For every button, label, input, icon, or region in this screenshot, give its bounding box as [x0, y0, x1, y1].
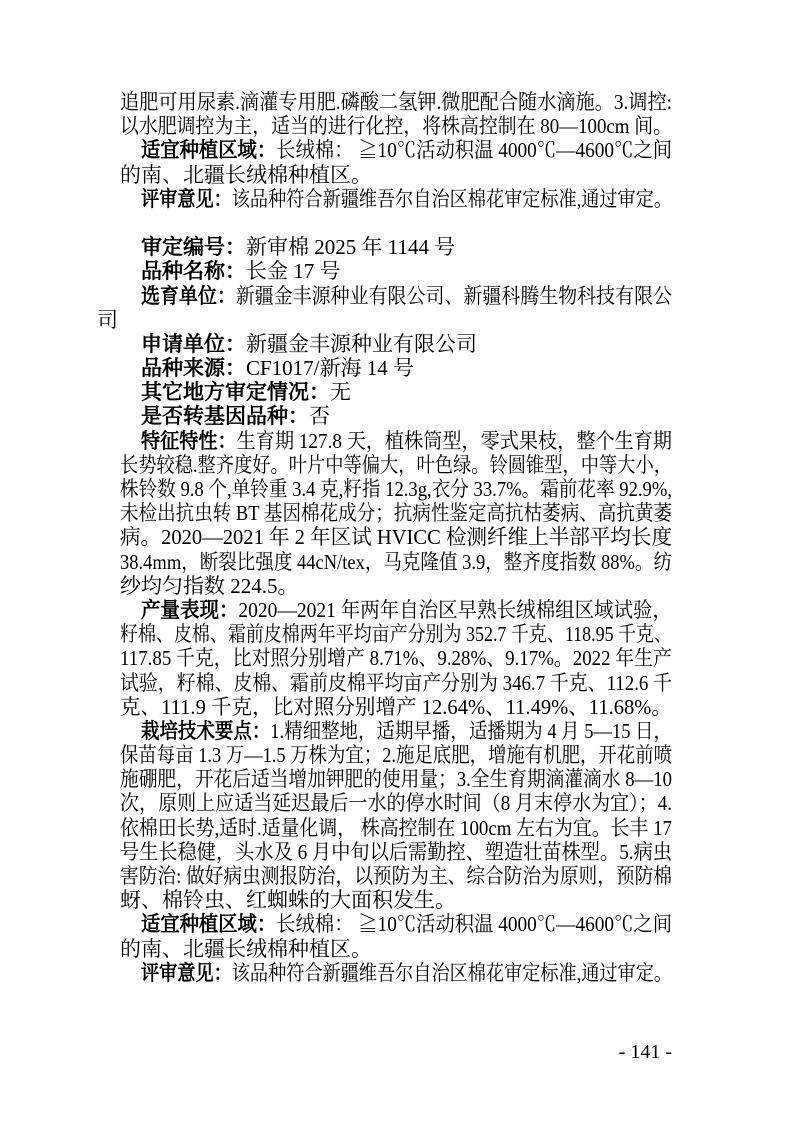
- line-text: 害防治: 做好病虫测报防治，以预防为主、综合防治为原则，预防棉: [120, 864, 672, 888]
- line-text: 长绒棉： ≧10℃活动积温 4000℃—4600℃之间: [276, 912, 672, 936]
- field-label: 是否转基因品种：: [141, 405, 309, 428]
- line-text: 次，原则上应适当延迟最后一水的停水时间（8 月末停水为宜）；4.: [120, 791, 672, 815]
- text-line: 长势较稳.整齐度好。叶片中等偏大，叶色绿。铃圆锥型，中等大小，: [120, 453, 672, 477]
- text-line: 38.4mm，断裂比强度 44cN/tex，马克隆值 3.9，整齐度指数 88%…: [120, 550, 672, 574]
- field-label: 产量表现：: [141, 599, 238, 622]
- text-line: 株铃数 9.8 个,单铃重 3.4 克,籽指 12.3g,衣分 33.7%。霜前…: [120, 477, 672, 501]
- line-text: CF1017/新海 14 号: [246, 356, 414, 380]
- line-content: 克、111.9 千克，比对照分别增产 12.64%、11.49%、11.68%。: [120, 695, 672, 719]
- line-content: 司: [97, 308, 118, 332]
- line-content: 其它地方审定情况：无: [141, 380, 351, 404]
- line-text: 长金 17 号: [246, 259, 341, 283]
- text-block: 追肥可用尿素.滴灌专用肥.磷酸二氢钾.微肥配合随水滴施。3.调控:以水肥调控为主…: [120, 90, 672, 985]
- line-text: 该品种符合新疆维吾尔自治区棉花审定标准,通过审定。: [232, 187, 672, 211]
- line-text: 该品种符合新疆维吾尔自治区棉花审定标准,通过审定。: [232, 961, 672, 985]
- line-content: 117.85 千克，比对照分别增产 8.71%、9.28%、9.17%。2022…: [120, 646, 672, 670]
- text-line: 未检出抗虫转 BT 基因棉花成分；抗病性鉴定高抗枯萎病、高抗黄萎: [120, 501, 672, 525]
- text-line: 依棉田长势,适时.适量化调， 株高控制在 100cm 左右为宜。长丰 17: [120, 816, 672, 840]
- line-text: 38.4mm，断裂比强度 44cN/tex，马克隆值 3.9，整齐度指数 88%…: [120, 550, 672, 574]
- line-content: 株铃数 9.8 个,单铃重 3.4 克,籽指 12.3g,衣分 33.7%。霜前…: [120, 477, 672, 501]
- line-text: 司: [97, 308, 118, 332]
- line-content: 适宜种植区域：长绒棉： ≧10℃活动积温 4000℃—4600℃之间: [141, 912, 672, 937]
- document-page: 追肥可用尿素.滴灌专用肥.磷酸二氢钾.微肥配合随水滴施。3.调控:以水肥调控为主…: [0, 0, 793, 1122]
- line-text: 病。2020—2021 年 2 年区试 HVICC 检测纤维上半部平均长度: [120, 525, 672, 549]
- text-line: 审定编号：新审棉 2025 年 1144 号: [120, 235, 672, 259]
- line-content: 病。2020—2021 年 2 年区试 HVICC 检测纤维上半部平均长度: [120, 525, 672, 549]
- line-text: 依棉田长势,适时.适量化调， 株高控制在 100cm 左右为宜。长丰 17: [120, 816, 672, 840]
- field-label: 适宜种植区域：: [141, 139, 276, 162]
- text-line: 评审意见：该品种符合新疆维吾尔自治区棉花审定标准,通过审定。: [120, 187, 672, 211]
- text-line: 的南、北疆长绒棉种植区。: [120, 937, 672, 961]
- line-content: 害防治: 做好病虫测报防治，以预防为主、综合防治为原则，预防棉: [120, 864, 672, 888]
- text-line: 的南、北疆长绒棉种植区。: [120, 163, 672, 187]
- line-text: 否: [309, 404, 330, 428]
- field-label: 评审意见：: [141, 188, 232, 211]
- text-line: 试验，籽棉、皮棉、霜前皮棉平均亩产分别为 346.7 千克、112.6 千: [120, 671, 672, 695]
- line-content: 38.4mm，断裂比强度 44cN/tex，马克隆值 3.9，整齐度指数 88%…: [120, 550, 672, 574]
- text-line: 评审意见：该品种符合新疆维吾尔自治区棉花审定标准,通过审定。: [120, 961, 672, 985]
- line-content: 依棉田长势,适时.适量化调， 株高控制在 100cm 左右为宜。长丰 17: [120, 816, 672, 840]
- text-line: 次，原则上应适当延迟最后一水的停水时间（8 月末停水为宜）；4.: [120, 791, 672, 815]
- line-text: 克、111.9 千克，比对照分别增产 12.64%、11.49%、11.68%。: [120, 695, 672, 719]
- line-content: 的南、北疆长绒棉种植区。: [120, 163, 372, 187]
- text-line: 克、111.9 千克，比对照分别增产 12.64%、11.49%、11.68%。: [120, 695, 672, 719]
- line-text: 117.85 千克，比对照分别增产 8.71%、9.28%、9.17%。2022…: [120, 646, 672, 670]
- line-text: 株铃数 9.8 个,单铃重 3.4 克,籽指 12.3g,衣分 33.7%。霜前…: [120, 477, 672, 501]
- text-line: 是否转基因品种：否: [120, 404, 672, 428]
- line-text: 追肥可用尿素.滴灌专用肥.磷酸二氢钾.微肥配合随水滴施。3.调控:: [120, 90, 672, 114]
- line-text: 新审棉 2025 年 1144 号: [246, 235, 455, 259]
- line-content: 籽棉、皮棉、霜前皮棉两年平均亩产分别为 352.7 千克、118.95 千克、: [120, 622, 672, 646]
- line-text: 试验，籽棉、皮棉、霜前皮棉平均亩产分别为 346.7 千克、112.6 千: [120, 671, 672, 695]
- field-label: 申请单位：: [141, 333, 246, 356]
- line-text: 蚜、棉铃虫、红蜘蛛的大面积发生。: [120, 888, 456, 912]
- text-line: 其它地方审定情况：无: [120, 380, 672, 404]
- line-content: 是否转基因品种：否: [141, 404, 330, 428]
- line-text: 籽棉、皮棉、霜前皮棉两年平均亩产分别为 352.7 千克、118.95 千克、: [120, 622, 672, 646]
- text-line: 栽培技术要点：1.精细整地，适期早播，适播期为 4 月 5—15 日，: [120, 719, 672, 743]
- line-text: 纱均匀指数 224.5。: [120, 574, 299, 598]
- text-line: 品种来源：CF1017/新海 14 号: [120, 356, 672, 380]
- line-content: 品种来源：CF1017/新海 14 号: [141, 356, 414, 380]
- text-line: 选育单位：新疆金丰源种业有限公司、新疆科腾生物科技有限公: [120, 284, 672, 308]
- line-text: 新疆金丰源种业有限公司: [246, 332, 477, 356]
- line-text: 长绒棉： ≧10℃活动积温 4000℃—4600℃之间: [276, 138, 672, 162]
- line-text: 的南、北疆长绒棉种植区。: [120, 163, 372, 187]
- field-label: 其它地方审定情况：: [141, 381, 330, 404]
- line-text: 生育期 127.8 天，植株筒型，零式果枝，整个生育期: [237, 429, 672, 453]
- line-content: 纱均匀指数 224.5。: [120, 574, 299, 598]
- blank-line: [120, 211, 672, 235]
- field-label: 评审意见：: [141, 962, 232, 985]
- line-content: 号生长稳健，头水及 6 月中旬以后需勤控、塑造壮苗株型。5.病虫: [120, 840, 672, 864]
- text-line: 病。2020—2021 年 2 年区试 HVICC 检测纤维上半部平均长度: [120, 525, 672, 549]
- page-number: - 141 -: [120, 1040, 672, 1064]
- line-text: 未检出抗虫转 BT 基因棉花成分；抗病性鉴定高抗枯萎病、高抗黄萎: [120, 501, 672, 525]
- line-text: 保苗每亩 1.3 万—1.5 万株为宜；2.施足底肥，增施有机肥，开花前喷: [120, 743, 672, 767]
- text-line: 适宜种植区域：长绒棉： ≧10℃活动积温 4000℃—4600℃之间: [120, 912, 672, 936]
- text-line: 追肥可用尿素.滴灌专用肥.磷酸二氢钾.微肥配合随水滴施。3.调控:: [120, 90, 672, 114]
- line-text: 2020—2021 年两年自治区早熟长绒棉组区域试验，: [238, 598, 672, 622]
- line-content: 保苗每亩 1.3 万—1.5 万株为宜；2.施足底肥，增施有机肥，开花前喷: [120, 743, 672, 767]
- line-content: 审定编号：新审棉 2025 年 1144 号: [141, 235, 455, 259]
- text-line: 号生长稳健，头水及 6 月中旬以后需勤控、塑造壮苗株型。5.病虫: [120, 840, 672, 864]
- field-label: 特征特性：: [141, 430, 237, 453]
- line-content: 评审意见：该品种符合新疆维吾尔自治区棉花审定标准,通过审定。: [141, 961, 672, 986]
- line-text: 施硼肥，开花后适当增加钾肥的使用量；3.全生育期滴灌滴水 8—10: [120, 767, 672, 791]
- line-content: 申请单位：新疆金丰源种业有限公司: [141, 332, 477, 356]
- line-content: 追肥可用尿素.滴灌专用肥.磷酸二氢钾.微肥配合随水滴施。3.调控:: [120, 90, 672, 114]
- field-label: 选育单位：: [141, 285, 236, 308]
- text-line: 申请单位：新疆金丰源种业有限公司: [120, 332, 672, 356]
- line-content: 特征特性：生育期 127.8 天，植株筒型，零式果枝，整个生育期: [141, 429, 672, 454]
- text-line: 以水肥调控为主，适当的进行化控，将株高控制在 80—100cm 间。: [120, 114, 672, 138]
- line-text: 1.精细整地，适期早播，适播期为 4 月 5—15 日，: [270, 719, 672, 743]
- line-text: 以水肥调控为主，适当的进行化控，将株高控制在 80—100cm 间。: [120, 114, 672, 138]
- text-line: 特征特性：生育期 127.8 天，植株筒型，零式果枝，整个生育期: [120, 429, 672, 453]
- line-content: 试验，籽棉、皮棉、霜前皮棉平均亩产分别为 346.7 千克、112.6 千: [120, 671, 672, 695]
- line-content: 适宜种植区域：长绒棉： ≧10℃活动积温 4000℃—4600℃之间: [141, 138, 672, 163]
- text-line: 产量表现：2020—2021 年两年自治区早熟长绒棉组区域试验，: [120, 598, 672, 622]
- line-content: 栽培技术要点：1.精细整地，适期早播，适播期为 4 月 5—15 日，: [141, 719, 672, 744]
- text-line: 籽棉、皮棉、霜前皮棉两年平均亩产分别为 352.7 千克、118.95 千克、: [120, 622, 672, 646]
- line-content: 选育单位：新疆金丰源种业有限公司、新疆科腾生物科技有限公: [141, 284, 672, 309]
- line-text: 号生长稳健，头水及 6 月中旬以后需勤控、塑造壮苗株型。5.病虫: [120, 840, 672, 864]
- line-content: 次，原则上应适当延迟最后一水的停水时间（8 月末停水为宜）；4.: [120, 791, 672, 815]
- field-label: 栽培技术要点：: [141, 720, 270, 743]
- line-content: 未检出抗虫转 BT 基因棉花成分；抗病性鉴定高抗枯萎病、高抗黄萎: [120, 501, 672, 525]
- line-content: 产量表现：2020—2021 年两年自治区早熟长绒棉组区域试验，: [141, 598, 672, 623]
- text-line: 适宜种植区域：长绒棉： ≧10℃活动积温 4000℃—4600℃之间: [120, 138, 672, 162]
- field-label: 品种来源：: [141, 357, 246, 380]
- text-line: 品种名称：长金 17 号: [120, 259, 672, 283]
- line-content: 蚜、棉铃虫、红蜘蛛的大面积发生。: [120, 888, 456, 912]
- text-line: 司: [97, 308, 672, 332]
- line-text: 长势较稳.整齐度好。叶片中等偏大，叶色绿。铃圆锥型，中等大小，: [120, 453, 672, 477]
- text-line: 蚜、棉铃虫、红蜘蛛的大面积发生。: [120, 888, 672, 912]
- field-label: 适宜种植区域：: [141, 913, 276, 936]
- text-line: 害防治: 做好病虫测报防治，以预防为主、综合防治为原则，预防棉: [120, 864, 672, 888]
- field-label: 审定编号：: [141, 236, 246, 259]
- text-line: 117.85 千克，比对照分别增产 8.71%、9.28%、9.17%。2022…: [120, 646, 672, 670]
- line-content: 施硼肥，开花后适当增加钾肥的使用量；3.全生育期滴灌滴水 8—10: [120, 767, 672, 791]
- line-content: 以水肥调控为主，适当的进行化控，将株高控制在 80—100cm 间。: [120, 114, 672, 138]
- line-content: 品种名称：长金 17 号: [141, 259, 341, 283]
- line-content: 长势较稳.整齐度好。叶片中等偏大，叶色绿。铃圆锥型，中等大小，: [120, 453, 672, 477]
- text-line: 施硼肥，开花后适当增加钾肥的使用量；3.全生育期滴灌滴水 8—10: [120, 767, 672, 791]
- line-text: 的南、北疆长绒棉种植区。: [120, 937, 372, 961]
- line-text: 无: [330, 380, 351, 404]
- line-content: 的南、北疆长绒棉种植区。: [120, 937, 372, 961]
- text-line: 保苗每亩 1.3 万—1.5 万株为宜；2.施足底肥，增施有机肥，开花前喷: [120, 743, 672, 767]
- line-text: 新疆金丰源种业有限公司、新疆科腾生物科技有限公: [236, 284, 672, 308]
- line-content: 评审意见：该品种符合新疆维吾尔自治区棉花审定标准,通过审定。: [141, 187, 672, 212]
- text-line: 纱均匀指数 224.5。: [120, 574, 672, 598]
- field-label: 品种名称：: [141, 260, 246, 283]
